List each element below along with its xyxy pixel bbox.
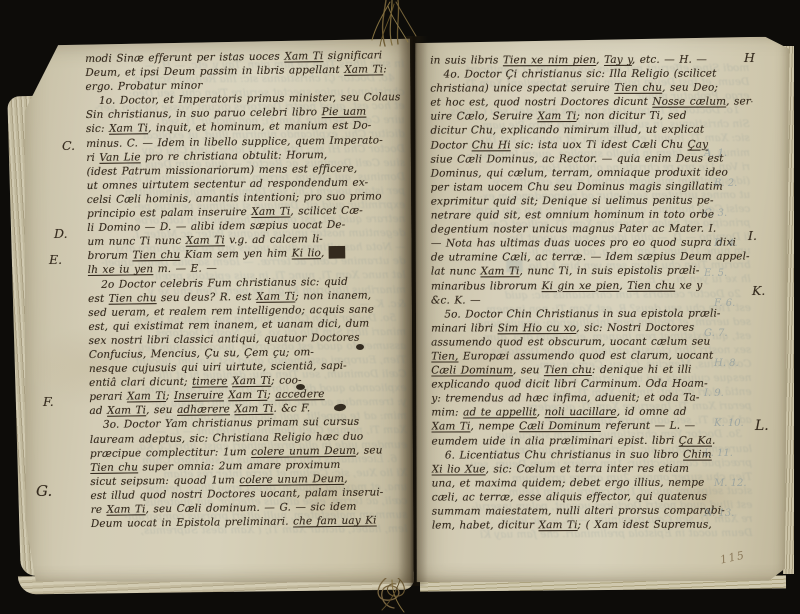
bleed-through-mark: C. 3.	[704, 208, 727, 219]
manuscript-line: mim: ad te appellit, noli uacillare, id …	[431, 405, 753, 420]
manuscript-line: christiana) unice spectat seruire Tien c…	[430, 81, 752, 96]
manuscript-line: dicitur Chu, explicando nimirum illud, u…	[430, 123, 752, 138]
bleed-through-mark: M. 12.	[714, 478, 747, 489]
margin-letter-d: D.	[54, 226, 68, 241]
manuscript-line: lem, habet, dicitur Xam Ti; ( Xam idest …	[432, 518, 754, 533]
manuscript-line: uire Cælo, Seruire Xam Ti; non dicitur T…	[430, 109, 752, 124]
margin-letter-f: F.	[43, 394, 54, 409]
manuscript-line: Xi lio Xue, sic: Cœlum et terra inter re…	[432, 461, 754, 476]
manuscript-line: eumdem uide in alia præliminari epist. l…	[431, 433, 753, 448]
bleed-through-mark: A. 1.	[704, 148, 727, 159]
ink-blot	[356, 344, 364, 350]
margin-letter-h: H	[744, 50, 755, 65]
manuscript-line: 4o. Doctor Çi christianus sic: Illa Reli…	[430, 67, 752, 82]
manuscript-line: Xam Ti, nempe Cæli Dominum referunt — L.…	[431, 419, 753, 434]
manuscript-line: minaribus librorum Ki gin xe pien, Tien …	[431, 278, 753, 293]
manuscript-line: &c. K. —	[431, 292, 753, 307]
bleed-through-mark: E. 5.	[704, 268, 727, 279]
manuscript-line: Cæli Dominum, seu Tien chu: denique hi e…	[431, 363, 753, 378]
manuscript-line: — Nota has ultimas duas uoces pro eo quo…	[431, 236, 753, 251]
manuscript-line: degentium noster unicus magnus Pater ac …	[431, 222, 753, 237]
manuscript-line: una, et maxima quidem; debet ergo illius…	[432, 475, 754, 490]
manuscript-line: cæli, ac terræ, esse aliquis effector, q…	[432, 489, 754, 504]
bleed-through-mark: B. 2.	[714, 178, 737, 189]
manuscript-line: in suis libris Tien xe nim pien, Tay y, …	[430, 52, 752, 67]
ink-blot	[296, 384, 305, 390]
bleed-through-mark: L. 11.	[704, 448, 733, 459]
manuscript-line: de utramine Cæli, ac terræ. — Idem sæpiu…	[431, 250, 753, 265]
manuscript-line: Tien, Europæi assumendo quod est clarum,…	[431, 348, 753, 363]
margin-letter-l: L.	[755, 418, 769, 434]
bleed-through-mark: F. 6.	[714, 298, 735, 309]
bleed-through-mark: K. 10.	[714, 418, 744, 429]
margin-letter-k: K.	[752, 283, 765, 298]
margin-letter-e: E.	[49, 252, 62, 267]
left-page-text: modi Sinæ efferunt per istas uoces Xam T…	[85, 48, 415, 531]
bleed-through-mark: I. 9.	[704, 388, 724, 399]
right-page-text: in suis libris Tien xe nim pien, Tay y, …	[430, 52, 754, 532]
manuscript-line: 5o. Doctor Chin Christianus in sua epist…	[431, 306, 753, 321]
binding-threads-bottom-icon	[356, 578, 432, 614]
manuscript-photo: in suis libris Tien xe nim pien, Tay y, …	[0, 0, 800, 614]
margin-letter-c: C.	[62, 138, 75, 153]
bleed-through-mark: D. 4.	[714, 238, 738, 249]
manuscript-line: exprimitur quid sit; Denique si uelimus …	[431, 193, 753, 208]
manuscript-line: per istam uocem Chu seu Dominus magis si…	[431, 179, 753, 194]
binding-threads-top-icon	[352, 0, 432, 50]
margin-letter-i: I.	[748, 228, 757, 243]
bleed-through-mark: H. 8.	[714, 358, 739, 369]
bleed-through-mark: N. 13.	[704, 508, 734, 519]
margin-letter-g: G.	[36, 482, 52, 500]
manuscript-line: Dominus, qui cælum, terram, omniaque pro…	[431, 165, 753, 180]
manuscript-line: et hoc est, quod nostri Doctores dicunt …	[430, 95, 752, 110]
bleed-through-mark: G. 7.	[704, 328, 728, 339]
